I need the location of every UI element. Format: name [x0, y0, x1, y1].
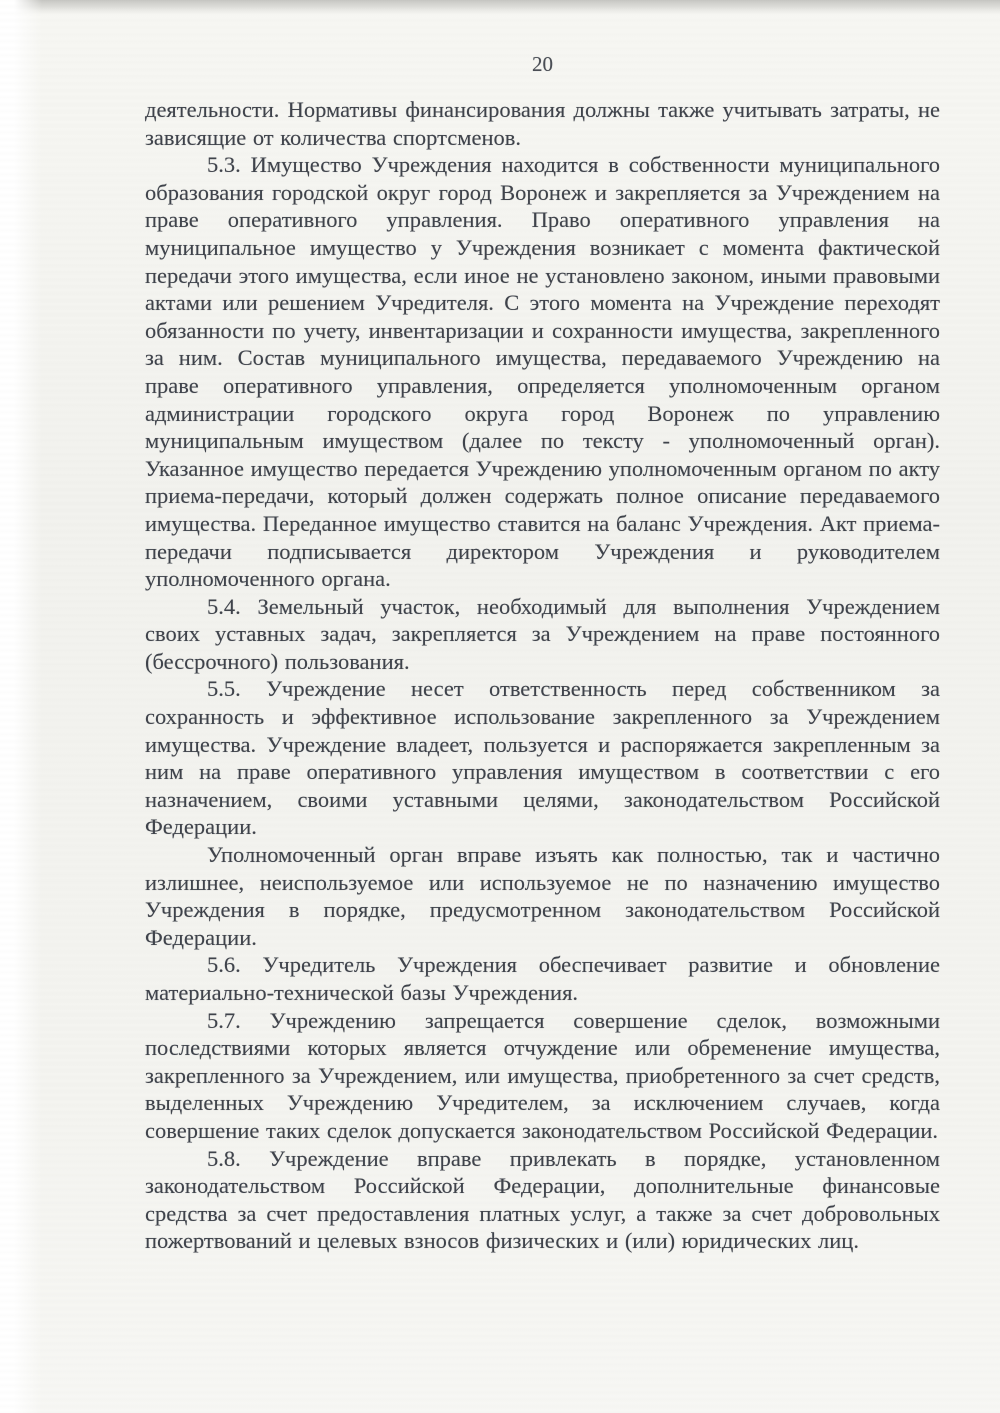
paragraph-clause-5-5: 5.5. Учреждение несет ответственность пе… — [145, 675, 940, 841]
paragraph-clause-5-7: 5.7. Учреждению запрещается совершение с… — [145, 1007, 940, 1145]
scanned-document-page: 20 деятельности. Нормативы финансировани… — [0, 0, 1000, 1413]
paragraph-continuation: деятельности. Нормативы финансирования д… — [145, 96, 940, 151]
paragraph-clause-5-5-continuation: Уполномоченный орган вправе изъять как п… — [145, 841, 940, 951]
paragraph-clause-5-8: 5.8. Учреждение вправе привлекать в поря… — [145, 1145, 940, 1255]
page-number: 20 — [145, 52, 940, 77]
paragraph-clause-5-3: 5.3. Имущество Учреждения находится в со… — [145, 151, 940, 593]
page-content: деятельности. Нормативы финансирования д… — [145, 96, 940, 1255]
paragraph-clause-5-6: 5.6. Учредитель Учреждения обеспечивает … — [145, 951, 940, 1006]
paragraph-clause-5-4: 5.4. Земельный участок, необходимый для … — [145, 593, 940, 676]
